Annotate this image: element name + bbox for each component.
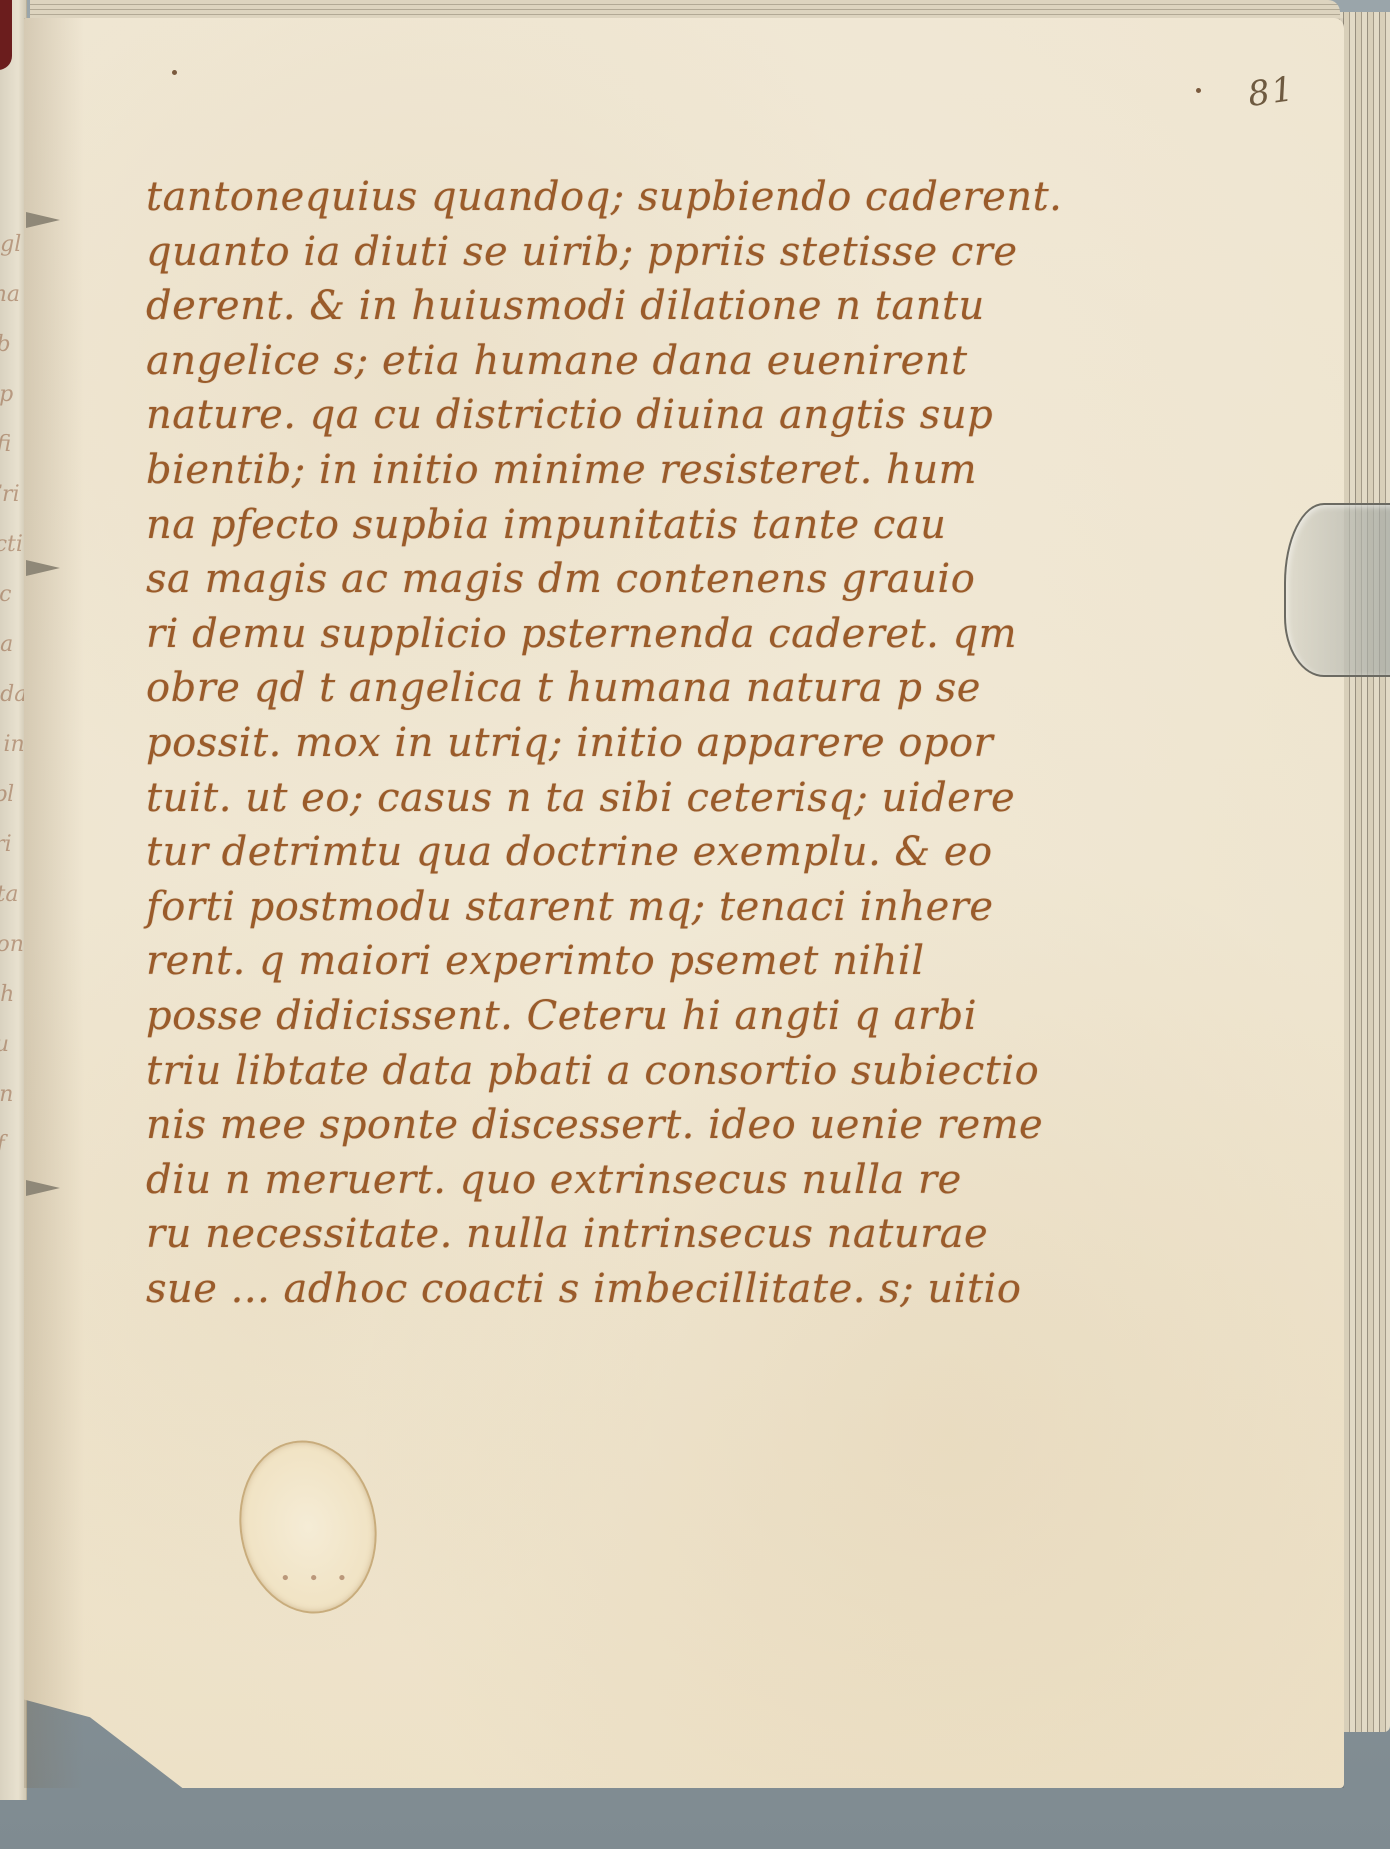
adjacent-verso-leaf: ngl ma rb ap rfi Eri Icti ac ba nda r in… — [0, 0, 27, 1800]
text-line: sa magis ac magis dm contenens grauio — [146, 552, 1246, 607]
pricking-notch — [26, 1180, 60, 1196]
text-line: nature. qa cu districtio diuina angtis s… — [146, 388, 1246, 443]
text-line: nis mee sponte discessert. ideo uenie re… — [146, 1098, 1246, 1153]
folio-number: 81 — [1245, 69, 1297, 115]
text-line: angelice s; etia humane dana euenirent — [146, 334, 1246, 389]
text-line: triu libtate data pbati a consortio subi… — [146, 1044, 1246, 1099]
manuscript-text-block: tantonequius quandoq; supbiendo caderent… — [146, 170, 1246, 1316]
red-binding-mark — [0, 0, 12, 70]
text-line: sue ... adhoc coacti s imbecillitate. s;… — [146, 1262, 1246, 1317]
text-line: quanto ia diuti se uirib; ppriis stetiss… — [146, 225, 1246, 280]
text-line: forti postmodu starent mq; tenaci inhere — [146, 880, 1246, 935]
text-line: derent. & in huiusmodi dilatione n tantu — [146, 279, 1246, 334]
text-line: ru necessitate. nulla intrinsecus natura… — [146, 1207, 1246, 1262]
pricking-notch — [26, 212, 60, 228]
text-line: diu n meruert. quo extrinsecus nulla re — [146, 1153, 1246, 1208]
text-line: rent. q maiori experimto psemet nihil — [146, 934, 1246, 989]
text-line: tur detrimtu qua doctrine exemplu. & eo — [146, 825, 1246, 880]
text-line: tuit. ut eo; casus n ta sibi ceterisq; u… — [146, 771, 1246, 826]
text-line: posse didicissent. Ceteru hi angti q arb… — [146, 989, 1246, 1044]
hole-stain-dots: • • • — [280, 1568, 353, 1589]
text-line: obre qd t angelica t humana natura p se — [146, 661, 1246, 716]
text-line: na pfecto supbia impunitatis tante cau — [146, 498, 1246, 553]
text-line: tantonequius quandoq; supbiendo caderent… — [146, 170, 1246, 225]
verso-bleed-text: ngl ma rb ap rfi Eri Icti ac ba nda r in… — [0, 220, 26, 1170]
ink-speck — [1196, 88, 1201, 93]
page-holder-clip — [1284, 503, 1390, 677]
text-line: bientib; in initio minime resisteret. hu… — [146, 443, 1246, 498]
ink-speck — [172, 70, 177, 75]
text-line: ri demu supplicio psternenda caderet. qm — [146, 607, 1246, 662]
text-line: possit. mox in utriq; initio apparere op… — [146, 716, 1246, 771]
pricking-notch — [26, 560, 60, 576]
